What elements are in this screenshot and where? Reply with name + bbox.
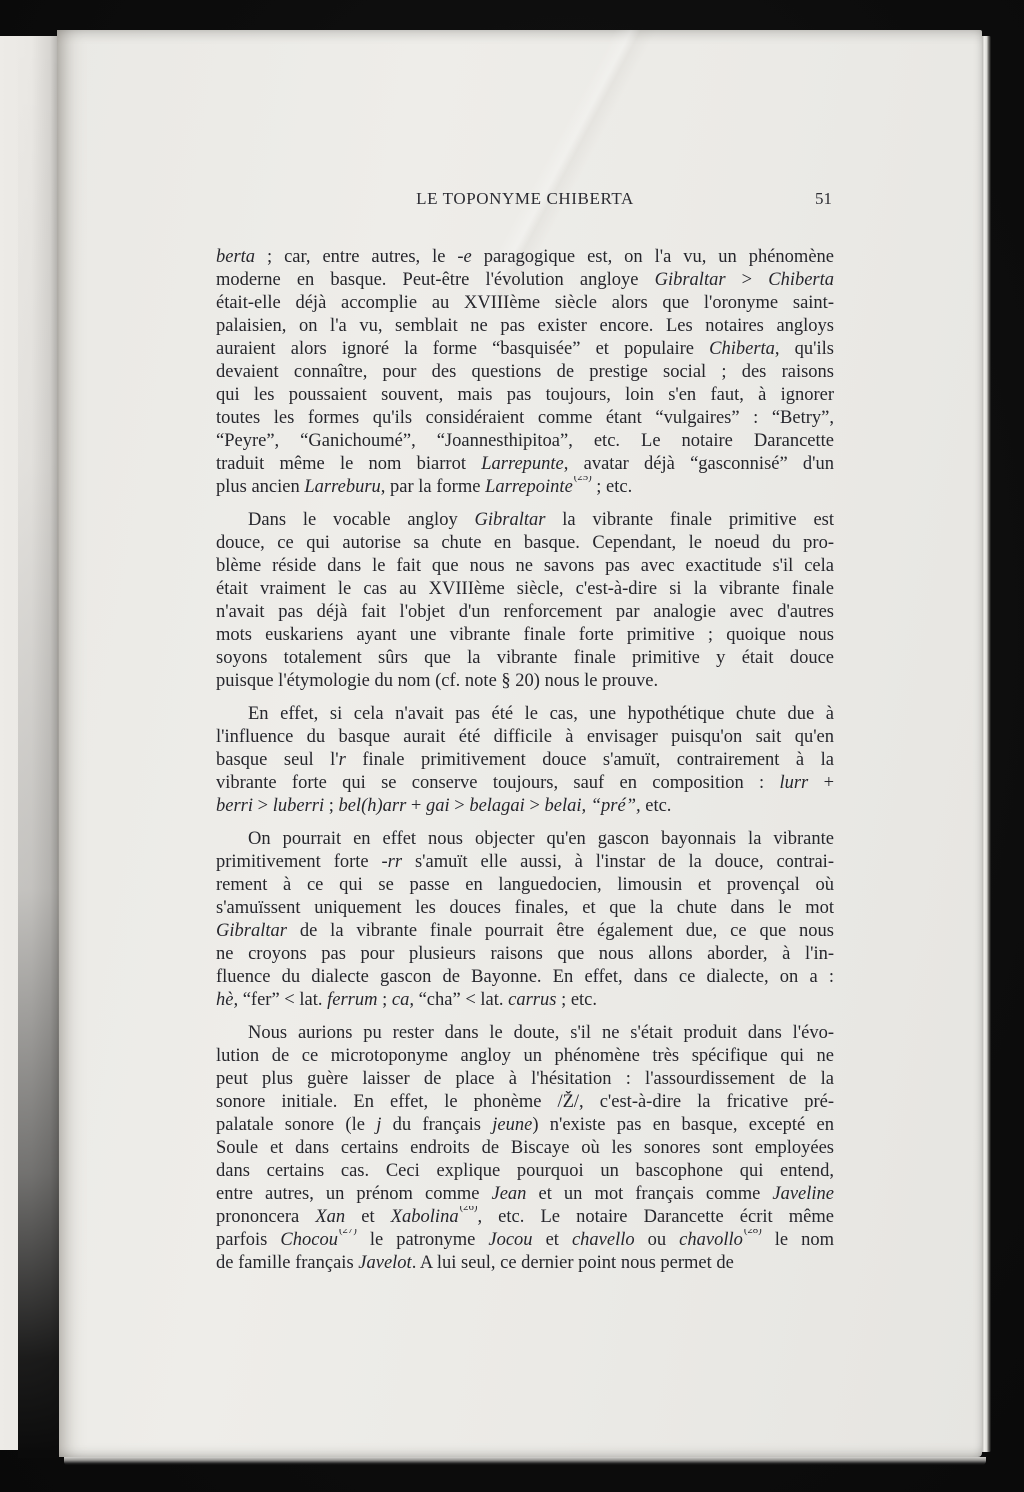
text-line: blème réside dans le fait que nous ne sa… <box>216 555 834 578</box>
text-line: hè, “fer” < lat. ferrum ; ca, “cha” < la… <box>216 989 834 1012</box>
italic-text: hè, <box>216 990 238 1010</box>
text-line: berri > luberri ; bel(h)arr + gai > bela… <box>216 795 834 818</box>
italic-text: Javeline <box>772 1184 834 1204</box>
text-line: Soule et dans certains endroits de Bisca… <box>216 1137 834 1160</box>
italic-text: berri <box>216 796 253 816</box>
paragraph: En effet, si cela n'avait pas été le cas… <box>216 703 834 818</box>
italic-text: jeune <box>492 1115 532 1135</box>
italic-text: Larrepunte <box>481 454 564 474</box>
italic-text: Jocou <box>488 1230 532 1250</box>
text-line: palatale sonore (le j du français jeune)… <box>216 1114 834 1137</box>
italic-text: Chocou <box>280 1230 338 1250</box>
text-line: Gibraltar de la vibrante finale pourrait… <box>216 920 834 943</box>
text-line: était vraiment le cas au XVIIIème siècle… <box>216 578 834 601</box>
text-line: entre autres, un prénom comme Jean et un… <box>216 1183 834 1206</box>
text-line: était-elle déjà accomplie au XVIIIème si… <box>216 292 834 315</box>
italic-text: belagai <box>469 796 525 816</box>
text-line: l'influence du basque aurait été diffici… <box>216 726 834 749</box>
italic-text: Chiberta <box>709 339 775 359</box>
text-line: puisque l'étymologie du nom (cf. note § … <box>216 670 834 693</box>
paragraph: berta ; car, entre autres, le -e paragog… <box>216 246 834 499</box>
italic-text: berta <box>216 247 255 267</box>
text-line: plus ancien Larreburu, par la forme Larr… <box>216 476 834 499</box>
text-line: devaient connaître, pour des questions d… <box>216 361 834 384</box>
text-line: s'amuïssent uniquement les douces finale… <box>216 897 834 920</box>
text-line: dans certains cas. Ceci explique pourquo… <box>216 1160 834 1183</box>
text-line: primitivement forte -rr s'amuït elle aus… <box>216 851 834 874</box>
text-line: soyons totalement sûrs que la vibrante f… <box>216 647 834 670</box>
body-text: berta ; car, entre autres, le -e paragog… <box>216 246 834 1275</box>
paragraph: On pourrait en effet nous objecter qu'en… <box>216 828 834 1012</box>
italic-text: bel(h)arr <box>338 796 406 816</box>
footnote-ref: (25) <box>574 476 592 483</box>
italic-text: “pré”, <box>591 796 641 816</box>
text-line: Dans le vocable angloy Gibraltar la vibr… <box>216 509 834 532</box>
text-line: auraient alors ignoré la forme “basquisé… <box>216 338 834 361</box>
italic-text: ca, <box>392 990 414 1010</box>
text-line: de famille français Javelot. A lui seul,… <box>216 1252 834 1275</box>
italic-text: j <box>376 1115 381 1135</box>
paragraph: Dans le vocable angloy Gibraltar la vibr… <box>216 509 834 693</box>
text-line: “Peyre”, “Ganichoumé”, “Joannesthipitoa”… <box>216 430 834 453</box>
text-block: LE TOPONYME CHIBERTA 51 berta ; car, ent… <box>216 188 834 1275</box>
italic-text: luberri <box>273 796 324 816</box>
text-line: mots euskariens ayant une vibrante final… <box>216 624 834 647</box>
footnote-ref: (27) <box>339 1229 357 1236</box>
italic-text: Javelot <box>358 1253 411 1273</box>
italic-text: -e <box>457 247 471 267</box>
italic-text: chavollo <box>679 1230 743 1250</box>
italic-text: Gibraltar <box>475 510 546 530</box>
italic-text: Jean <box>492 1184 527 1204</box>
italic-text: Xabolina <box>391 1207 459 1227</box>
text-line: moderne en basque. Peut-être l'évolution… <box>216 269 834 292</box>
text-line: palaisien, on l'a vu, semblait ne pas ex… <box>216 315 834 338</box>
text-line: toutes les formes qu'ils considéraient c… <box>216 407 834 430</box>
text-line: prononcera Xan et Xabolina(26), etc. Le … <box>216 1206 834 1229</box>
italic-text: carrus <box>508 990 556 1010</box>
page-stack-bottom-edge <box>64 1457 986 1465</box>
text-line: En effet, si cela n'avait pas été le cas… <box>216 703 834 726</box>
text-line: sonore initiale. En effet, le phonème /Ž… <box>216 1091 834 1114</box>
italic-text: gai <box>426 796 450 816</box>
text-line: parfois Chocou(27) le patronyme Jocou et… <box>216 1229 834 1252</box>
text-line: douce, ce qui autorise sa chute en basqu… <box>216 532 834 555</box>
scanned-book-photo: LE TOPONYME CHIBERTA 51 berta ; car, ent… <box>0 0 1024 1492</box>
italic-text: ferrum <box>327 990 377 1010</box>
italic-text: lurr <box>779 773 808 793</box>
italic-text: r <box>339 750 346 770</box>
italic-text: Gibraltar <box>216 921 287 941</box>
page-header: LE TOPONYME CHIBERTA 51 <box>216 188 834 210</box>
italic-text: belai, <box>545 796 587 816</box>
footnote-ref: (26) <box>460 1206 478 1213</box>
text-line: qui les poussaient souvent, mais pas tou… <box>216 384 834 407</box>
page-number: 51 <box>815 188 832 210</box>
footnote-ref: (28) <box>744 1229 762 1236</box>
italic-text: Gibraltar <box>655 270 726 290</box>
italic-text: -rr <box>382 852 403 872</box>
text-line: n'avait pas déjà fait l'objet d'un renfo… <box>216 601 834 624</box>
running-header: LE TOPONYME CHIBERTA <box>416 189 634 208</box>
text-line: fluence du dialecte gascon de Bayonne. E… <box>216 966 834 989</box>
text-line: On pourrait en effet nous objecter qu'en… <box>216 828 834 851</box>
text-line: rement à ce qui se passe en languedocien… <box>216 874 834 897</box>
book-gutter-shadow <box>18 34 59 1458</box>
page-stack-right-edge <box>982 36 991 1452</box>
italic-text: chavello <box>572 1230 635 1250</box>
text-line: berta ; car, entre autres, le -e paragog… <box>216 246 834 269</box>
text-line: lution de ce microtoponyme angloy un phé… <box>216 1045 834 1068</box>
italic-text: Xan <box>315 1207 345 1227</box>
text-line: vibrante forte qui se conserve toujours,… <box>216 772 834 795</box>
book-page: LE TOPONYME CHIBERTA 51 berta ; car, ent… <box>57 30 982 1457</box>
text-line: Nous aurions pu rester dans le doute, s'… <box>216 1022 834 1045</box>
text-line: peut plus guère laisser de place à l'hés… <box>216 1068 834 1091</box>
text-line: ne croyons pas pour plusieurs raisons qu… <box>216 943 834 966</box>
italic-text: Larreburu <box>304 477 380 497</box>
italic-text: Chiberta <box>768 270 834 290</box>
text-line: traduit même le nom biarrot Larrepunte, … <box>216 453 834 476</box>
text-line: basque seul l'r finale primitivement dou… <box>216 749 834 772</box>
paragraph: Nous aurions pu rester dans le doute, s'… <box>216 1022 834 1275</box>
italic-text: Larrepointe <box>485 477 573 497</box>
